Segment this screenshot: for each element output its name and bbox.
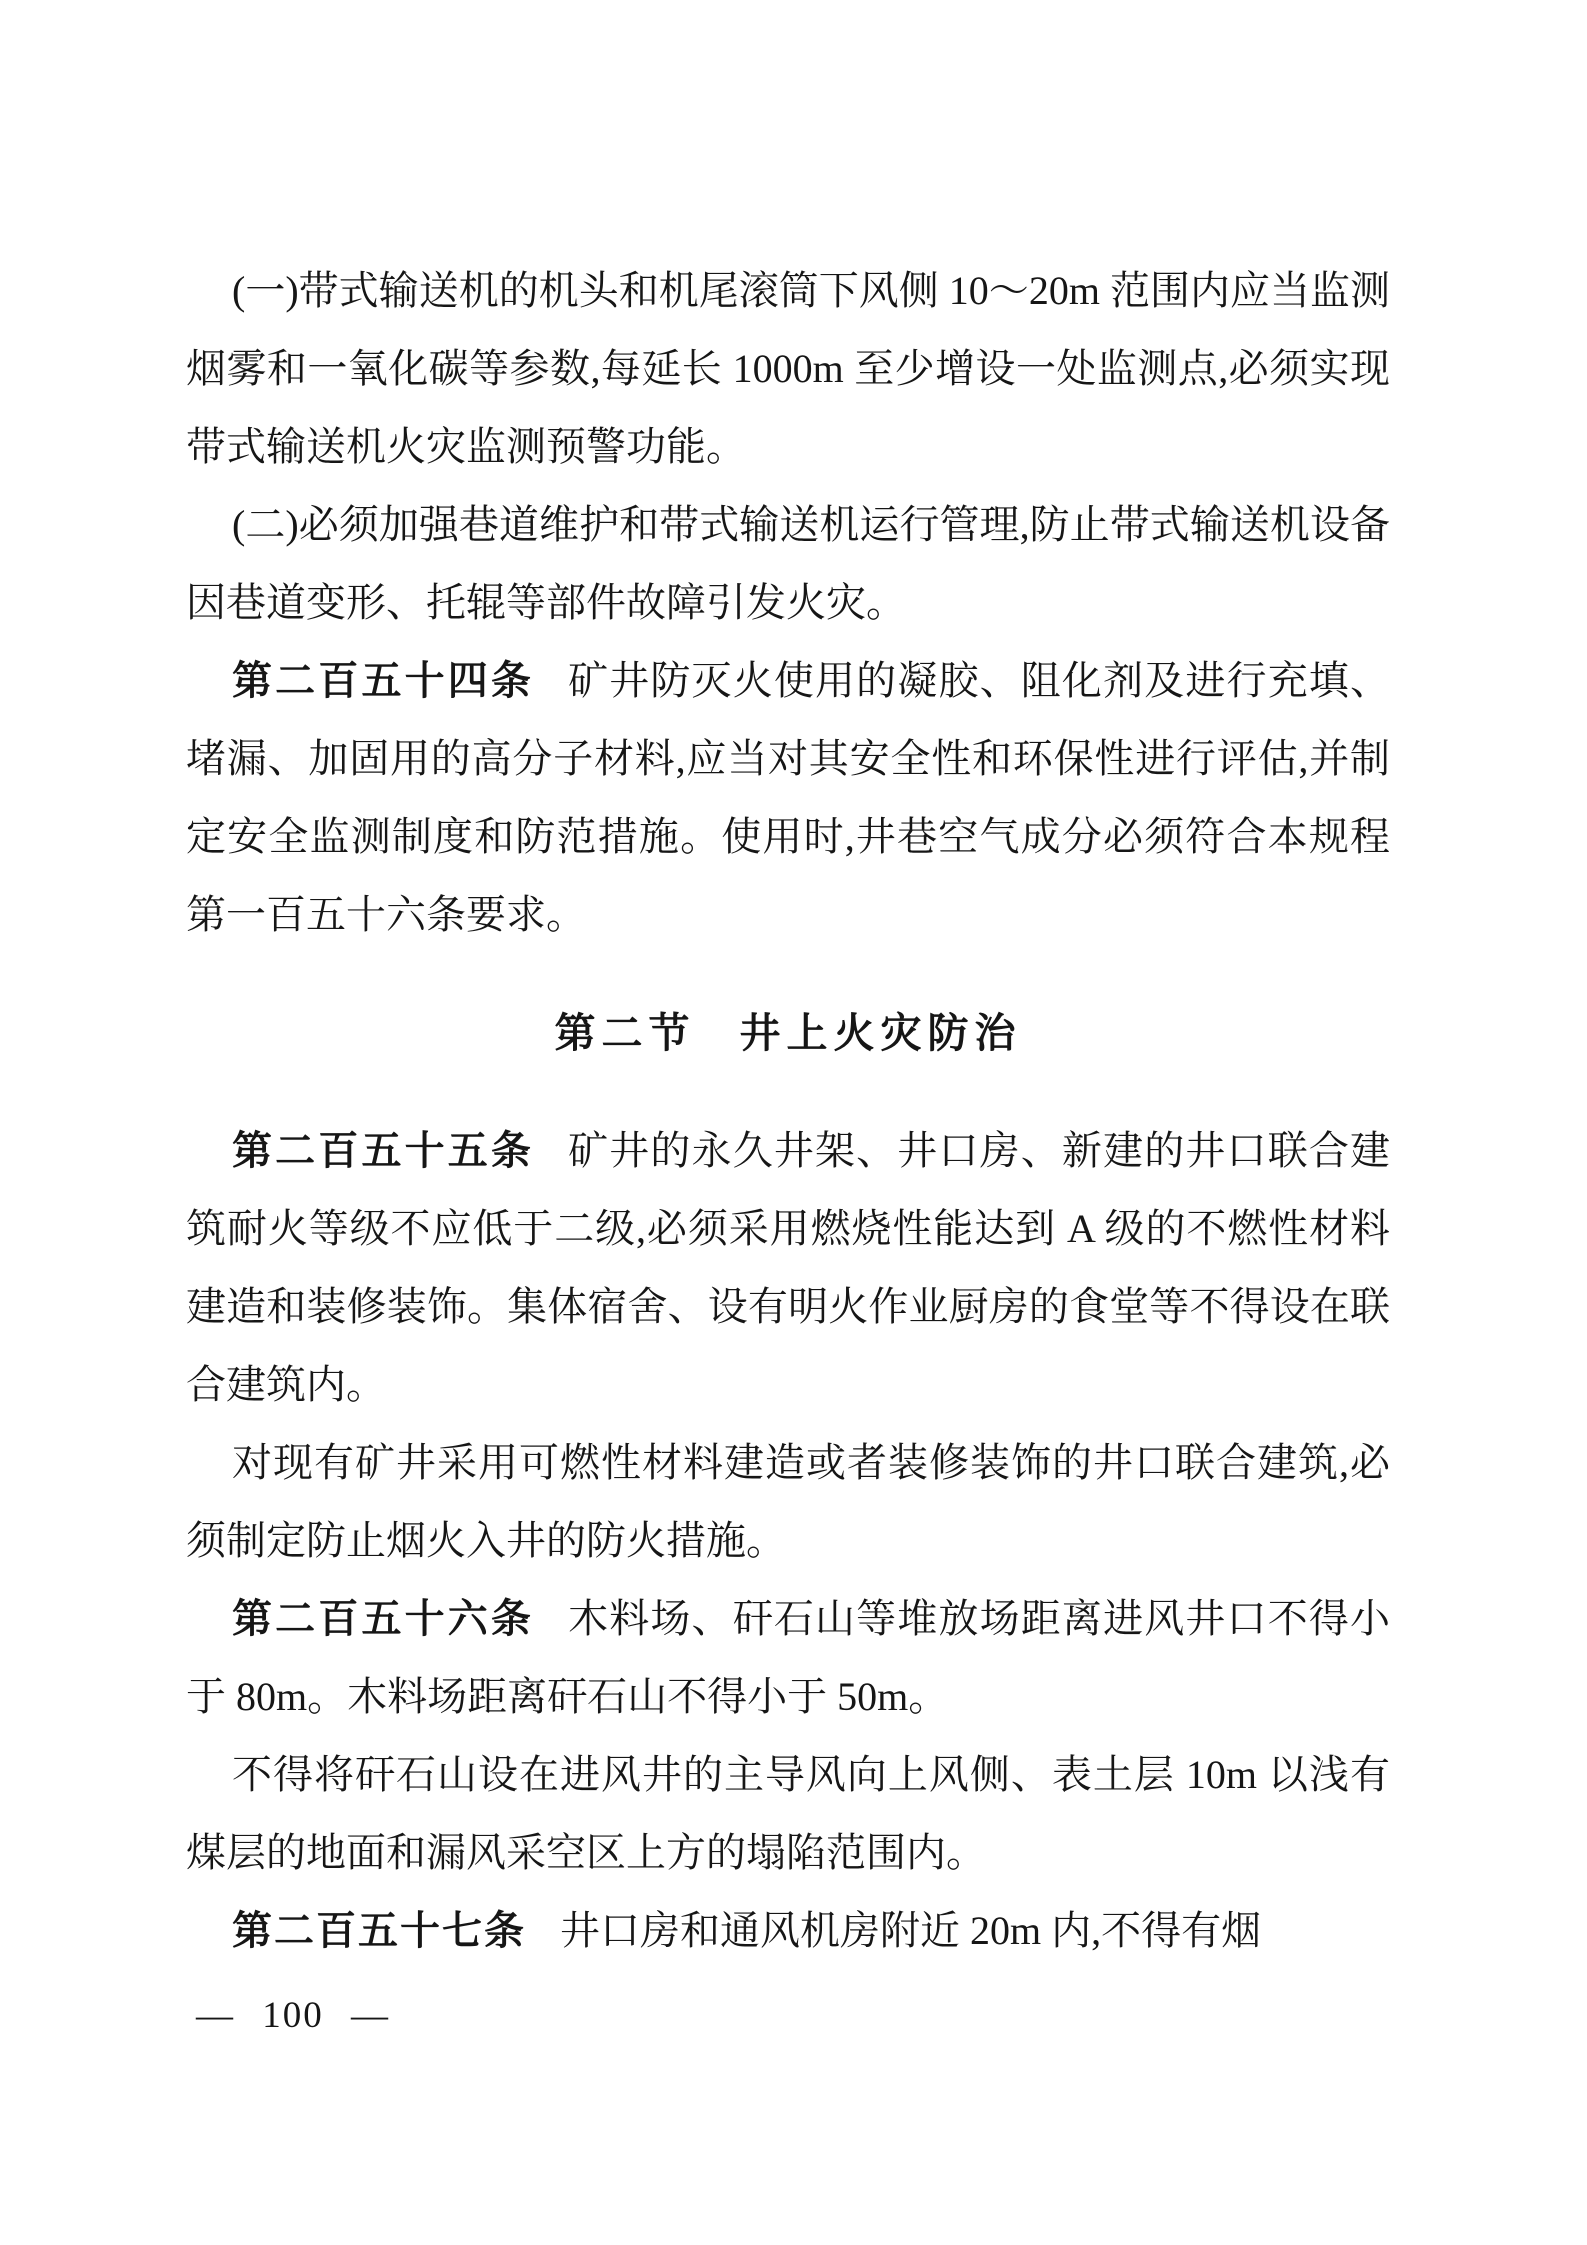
- article-255-paragraph: 第二百五十五条矿井的永久井架、井口房、新建的井口联合建筑耐火等级不应低于二级,必…: [186, 1112, 1390, 1424]
- article-256-paragraph: 第二百五十六条木料场、矸石山等堆放场距离进风井口不得小于 80m。木料场距离矸石…: [186, 1580, 1390, 1736]
- paragraph-text: 不得将矸石山设在进风井的主导风向上风侧、表土层 10m 以浅有煤层的地面和漏风采…: [186, 1752, 1390, 1875]
- paragraph-text: 对现有矿井采用可燃性材料建造或者装修装饰的井口联合建筑,必须制定防止烟火入井的防…: [186, 1440, 1390, 1563]
- text-block: (一)带式输送机的机头和机尾滚筒下风侧 10～20m 范围内应当监测烟雾和一氧化…: [186, 252, 1390, 1970]
- section-number: 第二节: [555, 1010, 696, 1056]
- paragraph-item-5: 对现有矿井采用可燃性材料建造或者装修装饰的井口联合建筑,必须制定防止烟火入井的防…: [186, 1424, 1390, 1580]
- section-title: 井上火灾防治: [740, 1010, 1022, 1056]
- article-256-number: 第二百五十六条: [232, 1597, 534, 1641]
- paragraph-item-1: (一)带式输送机的机头和机尾滚筒下风侧 10～20m 范围内应当监测烟雾和一氧化…: [186, 252, 1390, 486]
- paragraph-text: (二)必须加强巷道维护和带式输送机运行管理,防止带式输送机设备因巷道变形、托辊等…: [186, 502, 1390, 625]
- paragraph-text: (一)带式输送机的机头和机尾滚筒下风侧 10～20m 范围内应当监测烟雾和一氧化…: [186, 268, 1390, 469]
- article-254-number: 第二百五十四条: [232, 659, 534, 703]
- paragraph-item-2: (二)必须加强巷道维护和带式输送机运行管理,防止带式输送机设备因巷道变形、托辊等…: [186, 486, 1390, 642]
- article-257-number: 第二百五十七条: [232, 1909, 526, 1953]
- article-254-paragraph: 第二百五十四条矿井防灭火使用的凝胶、阻化剂及进行充填、堵漏、加固用的高分子材料,…: [186, 642, 1390, 954]
- paragraph-text: 井口房和通风机房附近 20m 内,不得有烟: [560, 1908, 1261, 1953]
- document-page: (一)带式输送机的机头和机尾滚筒下风侧 10～20m 范围内应当监测烟雾和一氧化…: [0, 0, 1587, 2245]
- article-257-paragraph: 第二百五十七条井口房和通风机房附近 20m 内,不得有烟: [186, 1892, 1390, 1970]
- section-heading: 第二节井上火灾防治: [186, 994, 1390, 1072]
- page-number: — 100 —: [196, 1992, 390, 2040]
- paragraph-item-7: 不得将矸石山设在进风井的主导风向上风侧、表土层 10m 以浅有煤层的地面和漏风采…: [186, 1736, 1390, 1892]
- article-255-number: 第二百五十五条: [232, 1129, 534, 1173]
